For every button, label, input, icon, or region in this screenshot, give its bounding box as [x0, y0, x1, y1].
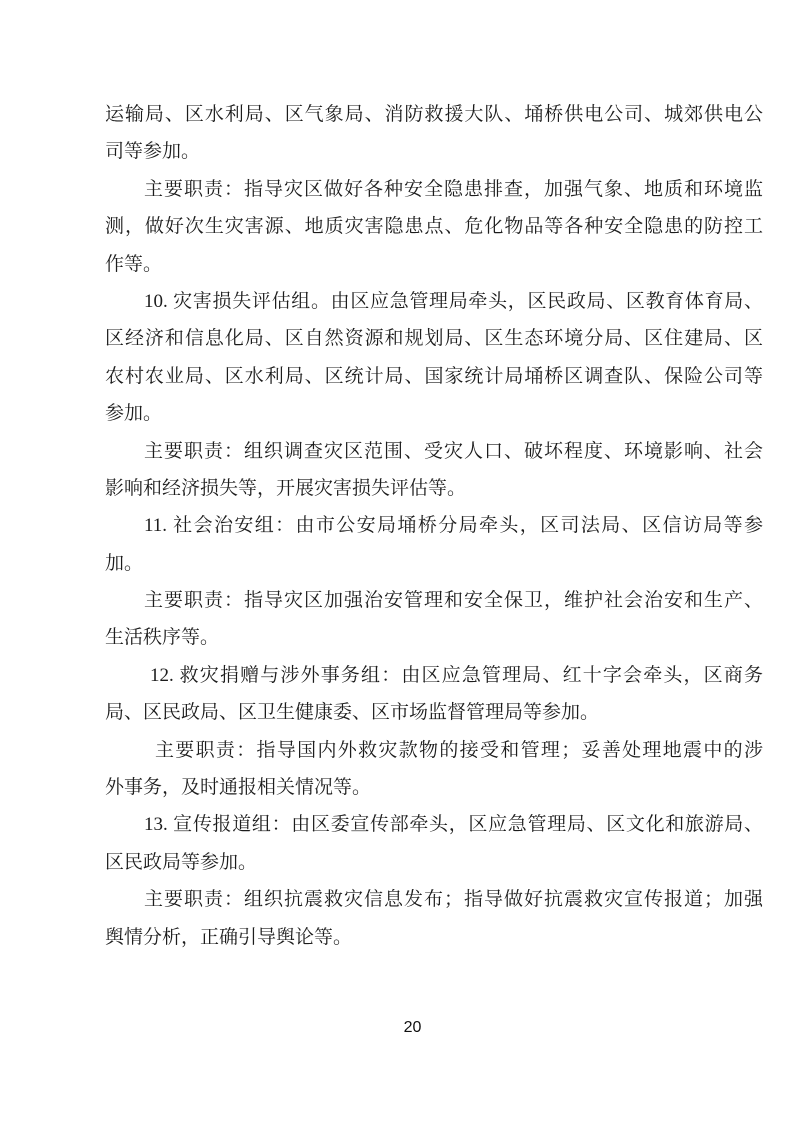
text-line: 主要职责：指导灾区做好各种安全隐患排查，加强气象、地质和环境监: [105, 171, 763, 208]
paragraph: 主要职责：组织抗震救灾信息发布；指导做好抗震救灾宣传报道；加强舆情分析，正确引导…: [105, 881, 763, 956]
text-line: 12. 救灾捐赠与涉外事务组：由区应急管理局、红十字会牵头，区商务: [105, 657, 763, 694]
text-line: 影响和经济损失等，开展灾害损失评估等。: [105, 470, 763, 507]
paragraph: 主要职责：指导国内外救灾款物的接受和管理；妥善处理地震中的涉外事务，及时通报相关…: [105, 732, 763, 807]
text-line: 加。: [105, 545, 763, 582]
text-line: 司等参加。: [105, 133, 763, 170]
text-line: 主要职责：指导灾区加强治安管理和安全保卫，维护社会治安和生产、: [105, 582, 763, 619]
text-line: 局、区民政局、区卫生健康委、区市场监督管理局等参加。: [105, 694, 763, 731]
paragraph: 主要职责：组织调查灾区范围、受灾人口、破坏程度、环境影响、社会影响和经济损失等，…: [105, 433, 763, 508]
document-page: 运输局、区水利局、区气象局、消防救援大队、埇桥供电公司、城郊供电公司等参加。主要…: [0, 0, 793, 1122]
paragraph: 主要职责：指导灾区加强治安管理和安全保卫，维护社会治安和生产、生活秩序等。: [105, 582, 763, 657]
text-line: 主要职责：组织抗震救灾信息发布；指导做好抗震救灾宣传报道；加强: [105, 881, 763, 918]
text-line: 测，做好次生灾害源、地质灾害隐患点、危化物品等各种安全隐患的防控工: [105, 208, 763, 245]
text-line: 运输局、区水利局、区气象局、消防救援大队、埇桥供电公司、城郊供电公: [105, 96, 763, 133]
text-line: 农村农业局、区水利局、区统计局、国家统计局埇桥区调查队、保险公司等: [105, 358, 763, 395]
paragraph: 12. 救灾捐赠与涉外事务组：由区应急管理局、红十字会牵头，区商务局、区民政局、…: [105, 657, 763, 732]
text-line: 生活秩序等。: [105, 619, 763, 656]
document-body: 运输局、区水利局、区气象局、消防救援大队、埇桥供电公司、城郊供电公司等参加。主要…: [105, 96, 763, 956]
text-line: 参加。: [105, 395, 763, 432]
text-line: 外事务，及时通报相关情况等。: [105, 769, 763, 806]
text-line: 10. 灾害损失评估组。由区应急管理局牵头，区民政局、区教育体育局、: [105, 283, 763, 320]
text-line: 作等。: [105, 246, 763, 283]
paragraph: 13. 宣传报道组：由区委宣传部牵头，区应急管理局、区文化和旅游局、区民政局等参…: [105, 806, 763, 881]
paragraph: 11. 社会治安组：由市公安局埇桥分局牵头，区司法局、区信访局等参加。: [105, 507, 763, 582]
text-line: 主要职责：组织调查灾区范围、受灾人口、破坏程度、环境影响、社会: [105, 433, 763, 470]
text-line: 13. 宣传报道组：由区委宣传部牵头，区应急管理局、区文化和旅游局、: [105, 806, 763, 843]
paragraph: 10. 灾害损失评估组。由区应急管理局牵头，区民政局、区教育体育局、区经济和信息…: [105, 283, 763, 433]
text-line: 区经济和信息化局、区自然资源和规划局、区生态环境分局、区住建局、区: [105, 320, 763, 357]
text-line: 11. 社会治安组：由市公安局埇桥分局牵头，区司法局、区信访局等参: [105, 507, 763, 544]
text-line: 舆情分析，正确引导舆论等。: [105, 919, 763, 956]
paragraph: 运输局、区水利局、区气象局、消防救援大队、埇桥供电公司、城郊供电公司等参加。: [105, 96, 763, 171]
paragraph: 主要职责：指导灾区做好各种安全隐患排查，加强气象、地质和环境监测，做好次生灾害源…: [105, 171, 763, 283]
text-line: 区民政局等参加。: [105, 844, 763, 881]
page-number: 20: [0, 1019, 793, 1037]
text-line: 主要职责：指导国内外救灾款物的接受和管理；妥善处理地震中的涉: [105, 732, 763, 769]
